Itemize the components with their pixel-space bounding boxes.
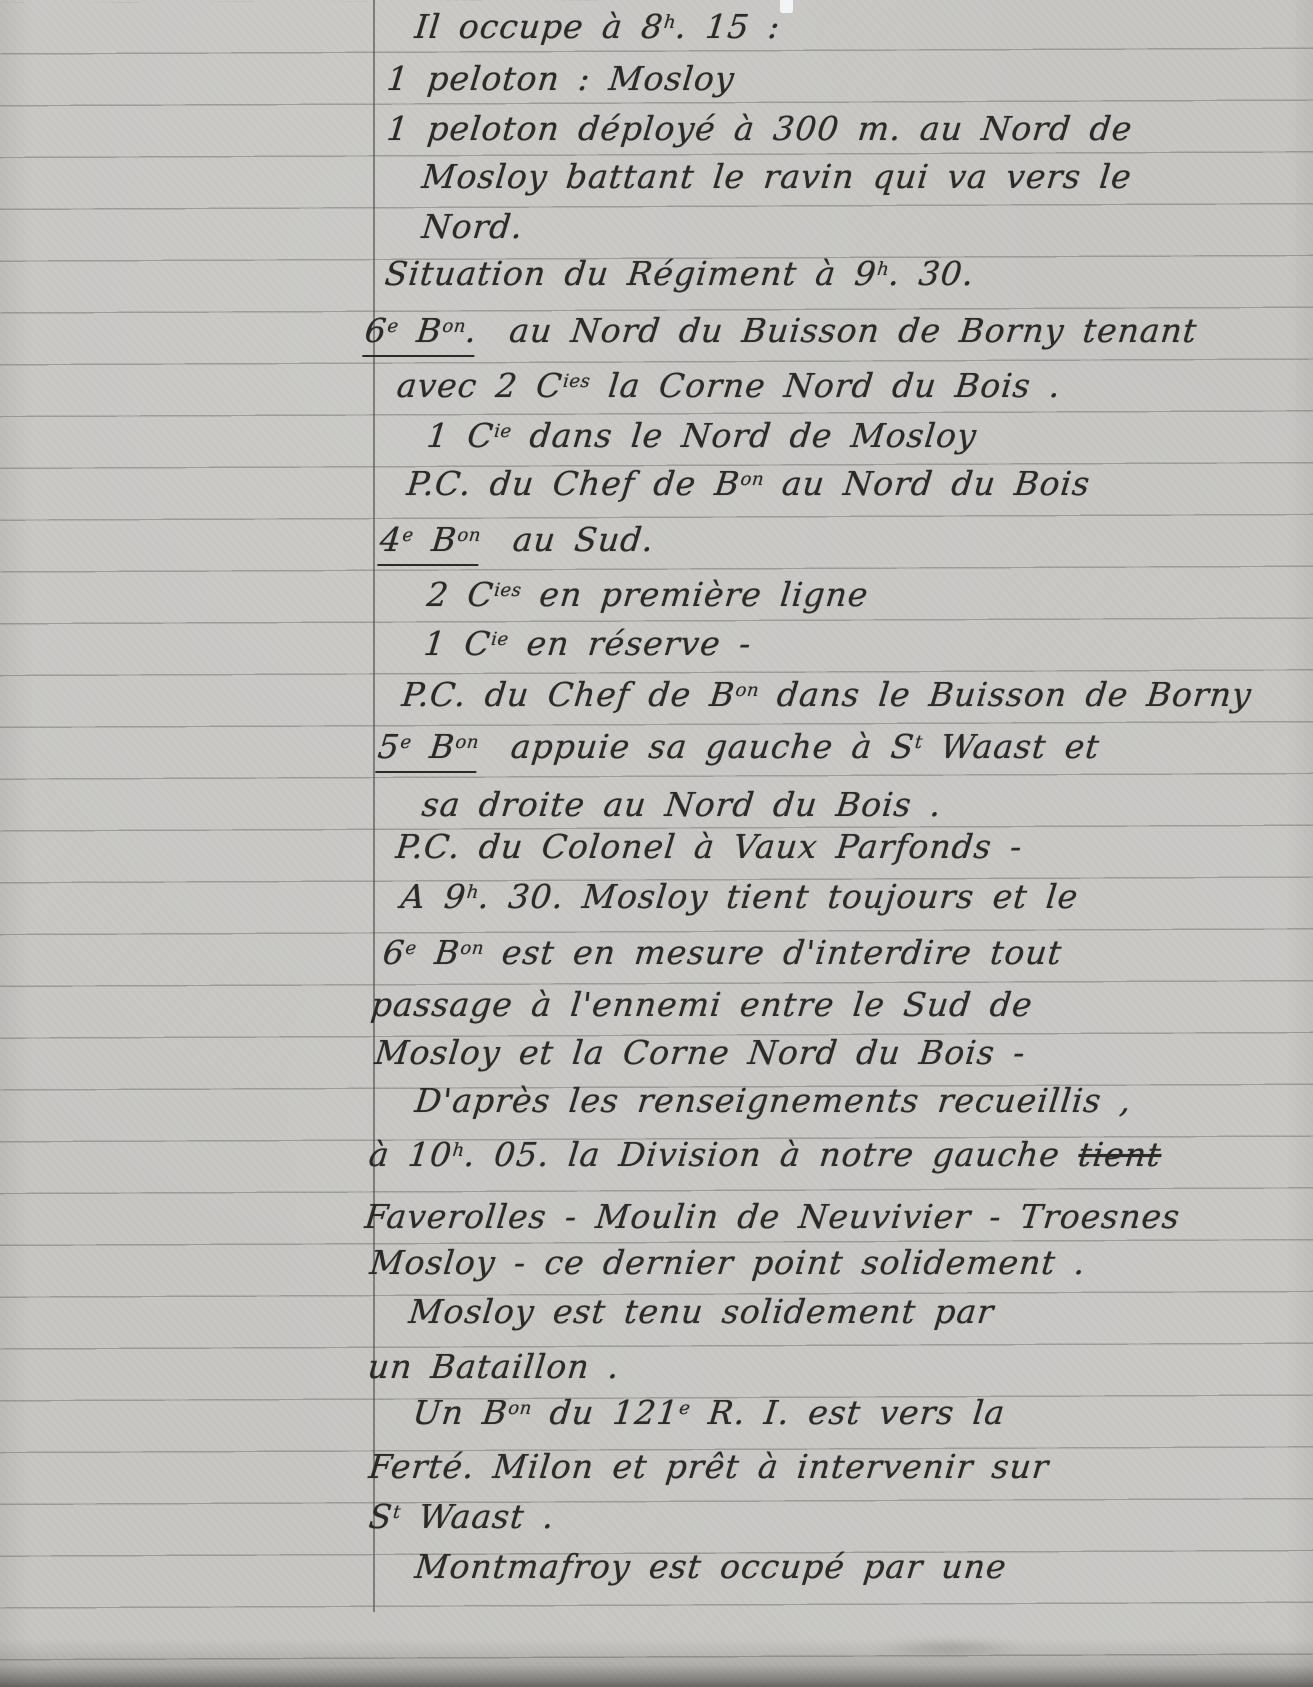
hand-text-segment: ies xyxy=(562,371,592,392)
hand-text-segment: un Bataillon . xyxy=(366,1347,622,1386)
hand-text-segment: B xyxy=(414,933,462,972)
handwritten-line: P.C. du Chef de Bon au Nord du Bois xyxy=(405,465,1092,503)
handwritten-line: à 10h. 05. la Division à notre gauche ti… xyxy=(367,1136,1163,1174)
handwritten-line: Nord. xyxy=(420,208,525,246)
handwritten-line: 1 Cie en réserve - xyxy=(422,625,753,663)
hand-text-segment: R. I. est vers la xyxy=(688,1393,1007,1432)
handwritten-line: sa droite au Nord du Bois . xyxy=(420,786,944,824)
handwritten-line: 1 peloton : Mosloy xyxy=(385,60,737,98)
hand-text-segment: on xyxy=(456,525,482,546)
hand-text-segment: au Sud. xyxy=(493,520,656,559)
hand-text-segment: P.C. du Colonel à Vaux Parfonds - xyxy=(394,827,1025,866)
handwritten-line: A 9h. 30. Mosloy tient toujours et le xyxy=(399,878,1080,916)
handwritten-line: Mosloy battant le ravin qui va vers le xyxy=(420,158,1134,196)
handwritten-line: avec 2 Cies la Corne Nord du Bois . xyxy=(395,367,1063,405)
handwritten-line: 5e Bon appuie sa gauche à St Waast et xyxy=(376,728,1102,766)
hand-text-segment: Montmafroy est occupé par une xyxy=(413,1547,1009,1586)
hand-text-segment: on xyxy=(507,1398,533,1419)
hand-text-segment: dans le Nord de Mosloy xyxy=(509,416,979,455)
battalion-label-underlined: 5e Bon xyxy=(375,727,480,773)
hand-text-segment: . 15 : xyxy=(674,7,783,46)
ink-smudge xyxy=(875,1638,1025,1658)
hand-text-segment: 5 xyxy=(376,727,402,766)
hand-text-segment: Faverolles - Moulin de Neuvivier - Troes… xyxy=(363,1197,1182,1236)
hand-text-segment: . 30. Mosloy tient toujours et le xyxy=(477,877,1081,916)
hand-text-segment: D'après les renseignements recueillis , xyxy=(413,1081,1134,1120)
hand-text-segment: 6 xyxy=(363,311,389,350)
handwritten-line: 6e Bon. au Nord du Buisson de Borny tena… xyxy=(363,312,1199,350)
hand-text-segment: passage à l'ennemi entre le Sud de xyxy=(369,985,1035,1024)
hand-text-segment: au Nord du Buisson de Borny tenant xyxy=(489,311,1199,350)
hand-text-segment: on xyxy=(739,469,765,490)
hand-text-segment: 1 C xyxy=(425,416,496,455)
hand-text-segment: Waast . xyxy=(398,1497,556,1536)
handwritten-line: 4e Bon au Sud. xyxy=(378,521,656,559)
handwritten-line: P.C. du Chef de Bon dans le Buisson de B… xyxy=(400,676,1254,714)
handwritten-line: passage à l'ennemi entre le Sud de xyxy=(369,986,1035,1024)
hand-text-segment: sa droite au Nord du Bois . xyxy=(420,785,944,824)
handwritten-line: Faverolles - Moulin de Neuvivier - Troes… xyxy=(363,1198,1182,1236)
hand-text-segment: 1 peloton : Mosloy xyxy=(385,59,737,98)
hand-text-segment: P.C. du Chef de B xyxy=(400,675,737,714)
handwritten-line: un Bataillon . xyxy=(366,1348,622,1386)
hand-text-segment: . 30. xyxy=(887,254,977,293)
hand-text-segment: est en mesure d'interdire tout xyxy=(482,933,1065,972)
hand-text-segment: Mosloy est tenu solidement par xyxy=(407,1292,996,1331)
hand-text-segment: Il occupe à 8 xyxy=(413,7,666,46)
hand-text-segment: Mosloy battant le ravin qui va vers le xyxy=(420,157,1134,196)
hand-text-segment: en réserve - xyxy=(506,624,753,663)
handwritten-line: Mosloy est tenu solidement par xyxy=(407,1293,996,1331)
hand-text-segment: ies xyxy=(493,580,523,601)
handwritten-line: 6e Bon est en mesure d'interdire tout xyxy=(381,934,1064,972)
handwritten-line: St Waast . xyxy=(367,1498,556,1536)
notebook-page: Il occupe à 8h. 15 :1 peloton : Mosloy1 … xyxy=(0,0,1313,1687)
hand-text-segment: on xyxy=(454,732,480,753)
hand-text-segment: 1 C xyxy=(422,624,493,663)
hand-text-segment: 2 C xyxy=(425,575,496,614)
handwritten-line: Il occupe à 8h. 15 : xyxy=(413,8,782,46)
handwritten-line: Situation du Régiment à 9h. 30. xyxy=(383,255,976,293)
hand-text-segment: dans le Buisson de Borny xyxy=(757,675,1254,714)
handwritten-line: D'après les renseignements recueillis , xyxy=(413,1082,1134,1120)
hand-text-segment: Nord. xyxy=(420,207,525,246)
hand-text-segment: la Corne Nord du Bois . xyxy=(588,366,1063,405)
hand-text-segment: au Nord du Bois xyxy=(762,464,1093,503)
hand-text-segment: 1 peloton déployé à 300 m. au Nord de xyxy=(385,109,1135,148)
hand-text-segment: à 10 xyxy=(367,1135,454,1174)
hand-text-segment: on xyxy=(459,938,485,959)
handwritten-line: Mosloy - ce dernier point solidement . xyxy=(368,1244,1088,1282)
hand-text-segment: B xyxy=(411,520,459,559)
page-bottom-edge xyxy=(0,1639,1313,1687)
struck-word: tient xyxy=(1076,1135,1163,1174)
hand-text-segment: S xyxy=(367,1497,395,1536)
hand-text-segment: . 05. la Division à notre gauche xyxy=(462,1135,1080,1174)
handwritten-line: Mosloy et la Corne Nord du Bois - xyxy=(373,1034,1028,1072)
hand-text-segment: appuie sa gauche à S xyxy=(491,727,917,766)
battalion-label-underlined: 4e Bon xyxy=(377,520,482,566)
handwritten-line: Montmafroy est occupé par une xyxy=(413,1548,1009,1586)
handwritten-line: 1 peloton déployé à 300 m. au Nord de xyxy=(385,110,1134,148)
hand-text-segment: A 9 xyxy=(399,877,468,916)
hand-text-segment: on xyxy=(734,680,760,701)
hand-text-segment: P.C. du Chef de B xyxy=(405,464,742,503)
handwritten-line: Un Bon du 121e R. I. est vers la xyxy=(411,1394,1007,1432)
hand-text-segment: Ferté. Milon et prêt à intervenir sur xyxy=(367,1447,1051,1486)
hand-text-segment: 4 xyxy=(378,520,404,559)
handwritten-line: P.C. du Colonel à Vaux Parfonds - xyxy=(394,828,1024,866)
hand-text-segment: avec 2 C xyxy=(395,366,565,405)
handwritten-line: 1 Cie dans le Nord de Mosloy xyxy=(425,417,979,455)
hand-text-segment: Waast et xyxy=(920,727,1101,766)
handwritten-line: Ferté. Milon et prêt à intervenir sur xyxy=(367,1448,1051,1486)
hand-text-segment: on xyxy=(441,316,467,337)
hand-text-segment: Mosloy et la Corne Nord du Bois - xyxy=(373,1033,1028,1072)
hand-text-segment: 6 xyxy=(381,933,407,972)
hand-text-segment: du 121 xyxy=(529,1393,680,1432)
battalion-label-underlined: 6e Bon. xyxy=(362,311,479,357)
hand-text-segment: B xyxy=(409,727,457,766)
hand-text-segment: en première ligne xyxy=(519,575,870,614)
hand-text-segment: Un B xyxy=(411,1393,510,1432)
handwritten-line: 2 Cies en première ligne xyxy=(425,576,870,614)
hand-text-segment: Mosloy - ce dernier point solidement . xyxy=(368,1243,1088,1282)
hand-text-segment: B xyxy=(396,311,444,350)
hand-text-segment: Situation du Régiment à 9 xyxy=(383,254,879,293)
